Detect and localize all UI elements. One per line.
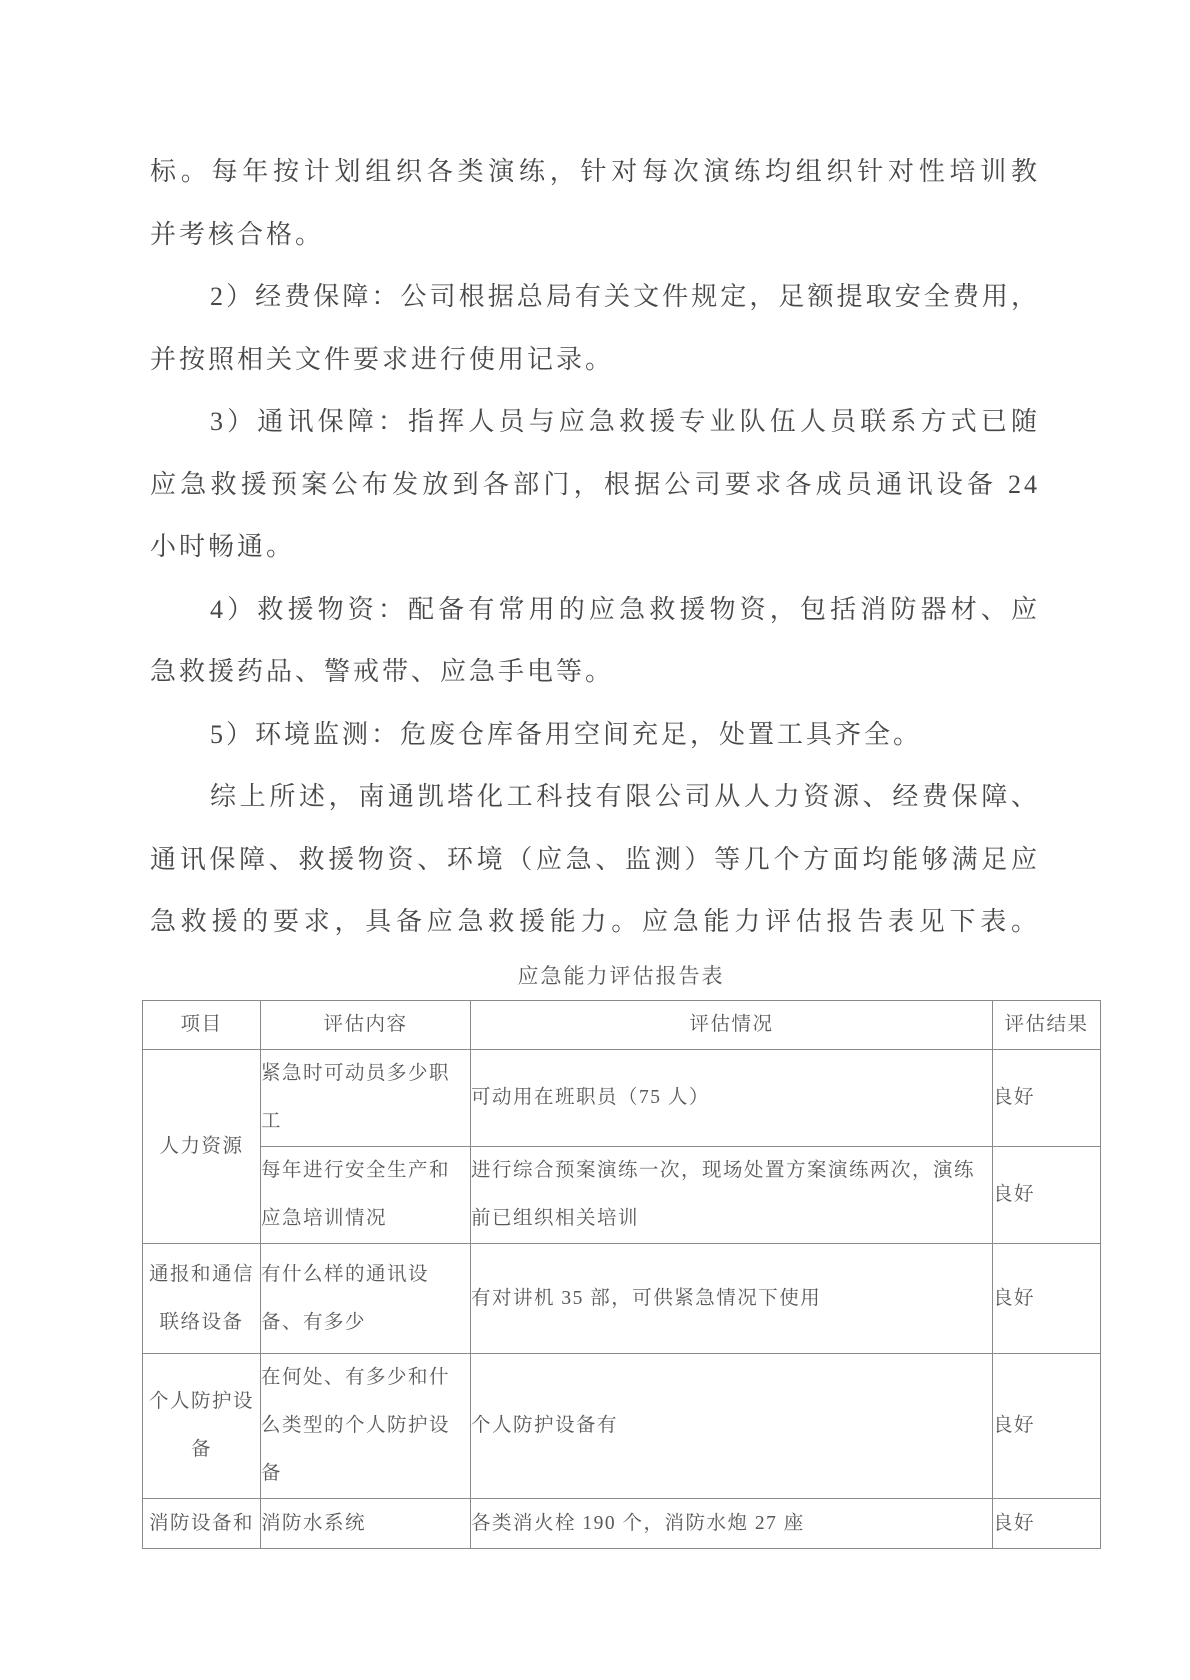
cell-situation: 有对讲机 35 部，可供紧急情况下使用 — [471, 1244, 993, 1354]
cell-content: 在何处、有多少和什么类型的个人防护设备 — [261, 1354, 471, 1499]
header-content: 评估内容 — [261, 1001, 471, 1050]
paragraph-line: 通讯保障、救援物资、环境（应急、监测）等几个方面均能够满足应 — [150, 829, 1040, 892]
cell-content: 每年进行安全生产和应急培训情况 — [261, 1147, 471, 1244]
cell-result: 良好 — [993, 1147, 1101, 1244]
paragraph-line: 3）通讯保障：指挥人员与应急救援专业队伍人员联系方式已随 — [150, 391, 1040, 454]
paragraph-line: 急救援的要求，具备应急救援能力。应急能力评估报告表见下表。 — [150, 891, 1040, 954]
paragraph-line: 综上所述，南通凯塔化工科技有限公司从人力资源、经费保障、 — [150, 766, 1040, 829]
paragraph-line: 并按照相关文件要求进行使用记录。 — [150, 329, 1040, 392]
cell-situation: 个人防护设备有 — [471, 1354, 993, 1499]
table-title: 应急能力评估报告表 — [142, 952, 1100, 1000]
paragraph-line: 小时畅通。 — [150, 516, 1040, 579]
header-item: 项目 — [143, 1001, 261, 1050]
paragraph-line: 4）救援物资：配备有常用的应急救援物资，包括消防器材、应 — [150, 579, 1040, 642]
header-situation: 评估情况 — [471, 1001, 993, 1050]
cell-result: 良好 — [993, 1354, 1101, 1499]
cell-item: 通报和通信联络设备 — [143, 1244, 261, 1354]
paragraph-line: 并考核合格。 — [150, 204, 1040, 267]
assessment-table: 项目 评估内容 评估情况 评估结果 人力资源 紧急时可动员多少职工 可动用在班职… — [142, 1000, 1101, 1549]
cell-result: 良好 — [993, 1244, 1101, 1354]
table-row: 个人防护设备 在何处、有多少和什么类型的个人防护设备 个人防护设备有 良好 — [143, 1354, 1101, 1499]
table-header-row: 项目 评估内容 评估情况 评估结果 — [143, 1001, 1101, 1050]
header-result: 评估结果 — [993, 1001, 1101, 1050]
cell-situation: 可动用在班职员（75 人） — [471, 1050, 993, 1147]
cell-result: 良好 — [993, 1050, 1101, 1147]
cell-result: 良好 — [993, 1499, 1101, 1549]
cell-content: 消防水系统 — [261, 1499, 471, 1549]
paragraph-line: 标。每年按计划组织各类演练，针对每次演练均组织针对性培训教育， — [150, 141, 1040, 204]
paragraph-line: 应急救援预案公布发放到各部门，根据公司要求各成员通讯设备 24 — [150, 454, 1040, 517]
paragraph-line: 5）环境监测：危废仓库备用空间充足，处置工具齐全。 — [150, 704, 1040, 767]
cell-situation: 各类消火栓 190 个，消防水炮 27 座 — [471, 1499, 993, 1549]
cell-item: 人力资源 — [143, 1050, 261, 1244]
cell-content: 紧急时可动员多少职工 — [261, 1050, 471, 1147]
table-row: 每年进行安全生产和应急培训情况 进行综合预案演练一次，现场处置方案演练两次，演练… — [143, 1147, 1101, 1244]
table-row: 通报和通信联络设备 有什么样的通讯设备、有多少 有对讲机 35 部，可供紧急情况… — [143, 1244, 1101, 1354]
cell-item: 消防设备和 — [143, 1499, 261, 1549]
document-page: 标。每年按计划组织各类演练，针对每次演练均组织针对性培训教育， 并考核合格。 2… — [0, 0, 1190, 1680]
paragraph-line: 2）经费保障：公司根据总局有关文件规定，足额提取安全费用， — [150, 266, 1040, 329]
cell-item: 个人防护设备 — [143, 1354, 261, 1499]
paragraph-block: 标。每年按计划组织各类演练，针对每次演练均组织针对性培训教育， 并考核合格。 2… — [150, 141, 1040, 954]
table-row: 消防设备和 消防水系统 各类消火栓 190 个，消防水炮 27 座 良好 — [143, 1499, 1101, 1549]
table-row: 人力资源 紧急时可动员多少职工 可动用在班职员（75 人） 良好 — [143, 1050, 1101, 1147]
cell-situation: 进行综合预案演练一次，现场处置方案演练两次，演练前已组织相关培训 — [471, 1147, 993, 1244]
cell-content: 有什么样的通讯设备、有多少 — [261, 1244, 471, 1354]
paragraph-line: 急救援药品、警戒带、应急手电等。 — [150, 641, 1040, 704]
